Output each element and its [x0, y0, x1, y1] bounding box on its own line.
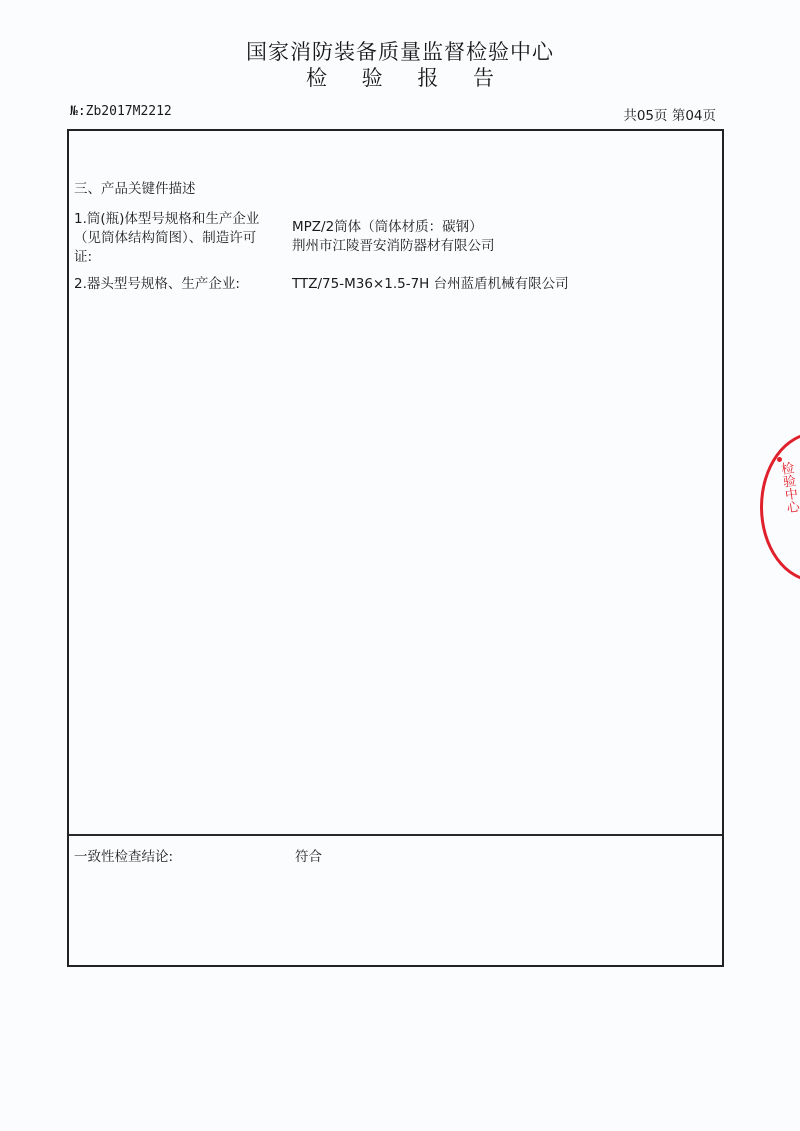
document-title: 检 验 报 告	[0, 62, 800, 92]
report-table: 三、产品关键件描述 1.筒(瓶)体型号规格和生产企业 （见筒体结构简图）、制造许…	[67, 129, 724, 967]
page-info: 共05页 第04页	[623, 104, 716, 124]
item-1-value-line-2: 荆州市江陵晋安消防器材有限公司	[292, 237, 495, 256]
item-1-label-line-1: 1.筒(瓶)体型号规格和生产企业	[74, 210, 259, 229]
conclusion-value: 符合	[295, 848, 322, 867]
conclusion-label: 一致性检查结论:	[74, 848, 173, 867]
item-2-value-line-1: TTZ/75-M36×1.5-7H 台州蓝盾机械有限公司	[292, 275, 569, 294]
item-1-value-line-1: MPZ/2筒体（筒体材质：碳钢）	[292, 218, 483, 237]
seal-dot	[777, 457, 782, 462]
item-1-label-line-3: 证:	[74, 248, 92, 267]
item-2-label-line-1: 2.器头型号规格、生产企业:	[74, 275, 240, 294]
conclusion-divider	[69, 834, 722, 836]
item-1-label-line-2: （见筒体结构简图）、制造许可	[74, 229, 256, 248]
report-number: №:Zb2017M2212	[70, 104, 172, 119]
section-heading: 三、产品关键件描述	[74, 180, 196, 199]
